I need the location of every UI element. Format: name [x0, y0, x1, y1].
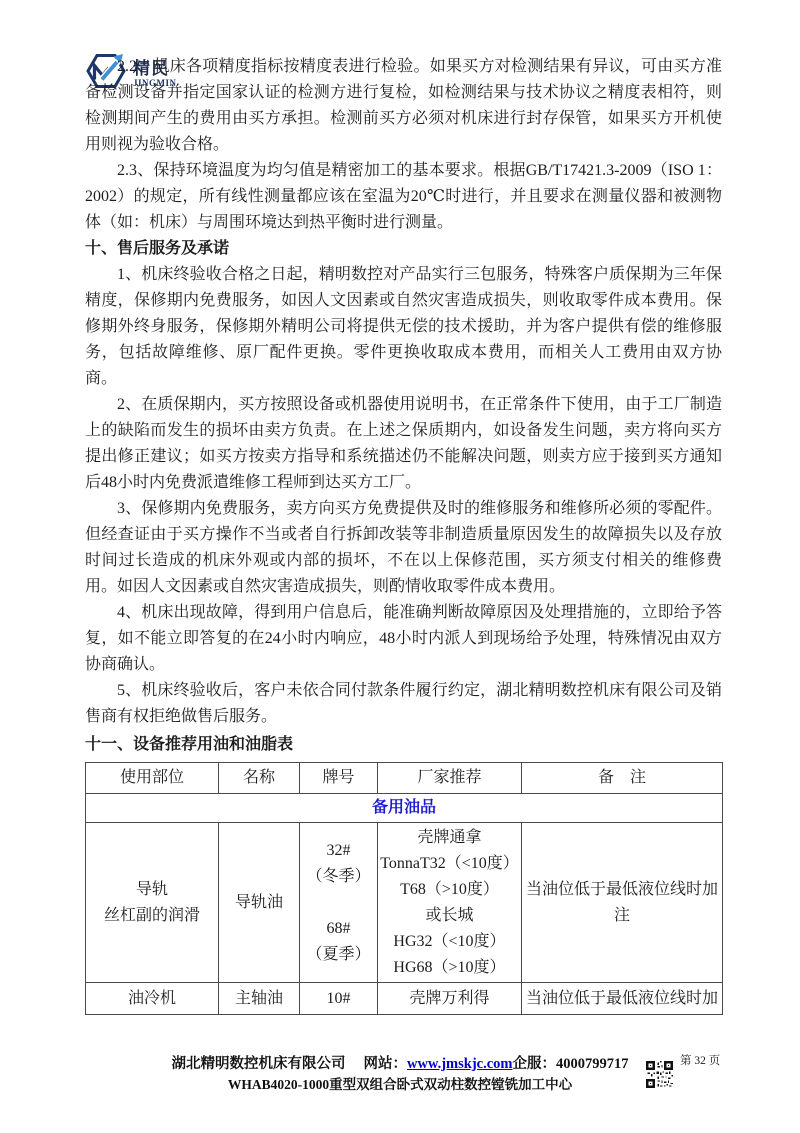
cell-part: 导轨 丝杠副的润滑 [86, 823, 219, 983]
footer-site-label: 网站： [363, 1056, 407, 1072]
header-use-position: 使用部位 [86, 763, 219, 794]
paragraph-2-2: 2.2、机床各项精度指标按精度表进行检验。如果买方对检测结果有异议，可由买方准备… [85, 54, 722, 158]
header-name: 名称 [219, 763, 300, 794]
header-grade: 牌号 [300, 763, 378, 794]
section-10-item-3: 3、保修期内免费服务，卖方向买方免费提供及时的维修服务和维修所必须的零配件。但经… [85, 496, 722, 600]
qr-code [646, 1061, 673, 1088]
page-number: 第 32 页 [680, 1052, 720, 1068]
table-row: 油冷机 主轴油 10# 壳牌万利得 当油位低于最低液位线时加 [86, 983, 723, 1015]
table-header-row: 使用部位 名称 牌号 厂家推荐 备 注 [86, 763, 723, 794]
table-group-row: 备用油品 [86, 794, 723, 823]
section-10-item-2: 2、在质保期内，买方按照设备或机器使用说明书，在正常条件下使用，由于工厂制造上的… [85, 392, 722, 496]
cell-note: 当油位低于最低液位线时加 [522, 983, 723, 1015]
footer-product-line: WHAB4020-1000重型双组合卧式双动柱数控镗铣加工中心 [0, 1075, 800, 1095]
cell-name: 主轴油 [219, 983, 300, 1015]
group-label-spare-oil: 备用油品 [372, 799, 436, 816]
oil-recommendation-table: 使用部位 名称 牌号 厂家推荐 备 注 备用油品 导轨 丝杠副的润滑 导轨油 3… [85, 762, 723, 1015]
footer-company: 湖北精明数控机床有限公司 [171, 1056, 345, 1072]
cell-part: 油冷机 [86, 983, 219, 1015]
section-10-item-5: 5、机床终验收后，客户未依合同付款条件履行约定，湖北精明数控机床有限公司及销售商… [85, 678, 722, 730]
cell-recommend: 壳牌万利得 [378, 983, 522, 1015]
section-11-heading: 十一、设备推荐用油和油脂表 [85, 732, 722, 758]
cell-note: 当油位低于最低液位线时加注 [522, 823, 723, 983]
table-row: 导轨 丝杠副的润滑 导轨油 32# （冬季） 68# （夏季） 壳牌通拿 Ton… [86, 823, 723, 983]
header-remark: 备 注 [522, 763, 723, 794]
header-manufacturer: 厂家推荐 [378, 763, 522, 794]
cell-grade: 32# （冬季） 68# （夏季） [300, 823, 378, 983]
cell-recommend: 壳牌通拿 TonnaT32（<10度） T68（>10度） 或长城 HG32（<… [378, 823, 522, 983]
section-10-item-4: 4、机床出现故障，得到用户信息后，能准确判断故障原因及处理措施的，立即给予答复，… [85, 600, 722, 678]
document-page: 精民 JINGMIN 2.2、机床各项精度指标按精度表进行检验。如果买方对检测结… [0, 0, 800, 1133]
footer-website-link[interactable]: www.jmskjc.com [407, 1056, 513, 1072]
section-10-heading: 十、售后服务及承诺 [85, 236, 722, 262]
cell-name: 导轨油 [219, 823, 300, 983]
page-footer: 湖北精明数控机床有限公司网站：www.jmskjc.com企服：40007997… [0, 1053, 800, 1095]
footer-service-phone: 企服：4000799717 [513, 1056, 629, 1072]
cell-grade: 10# [300, 983, 378, 1015]
paragraph-2-3: 2.3、保持环境温度为均匀值是精密加工的基本要求。根据GB/T17421.3-2… [85, 158, 722, 236]
section-10-item-1: 1、机床终验收合格之日起，精明数控对产品实行三包服务，特殊客户质保期为三年保精度… [85, 262, 722, 392]
